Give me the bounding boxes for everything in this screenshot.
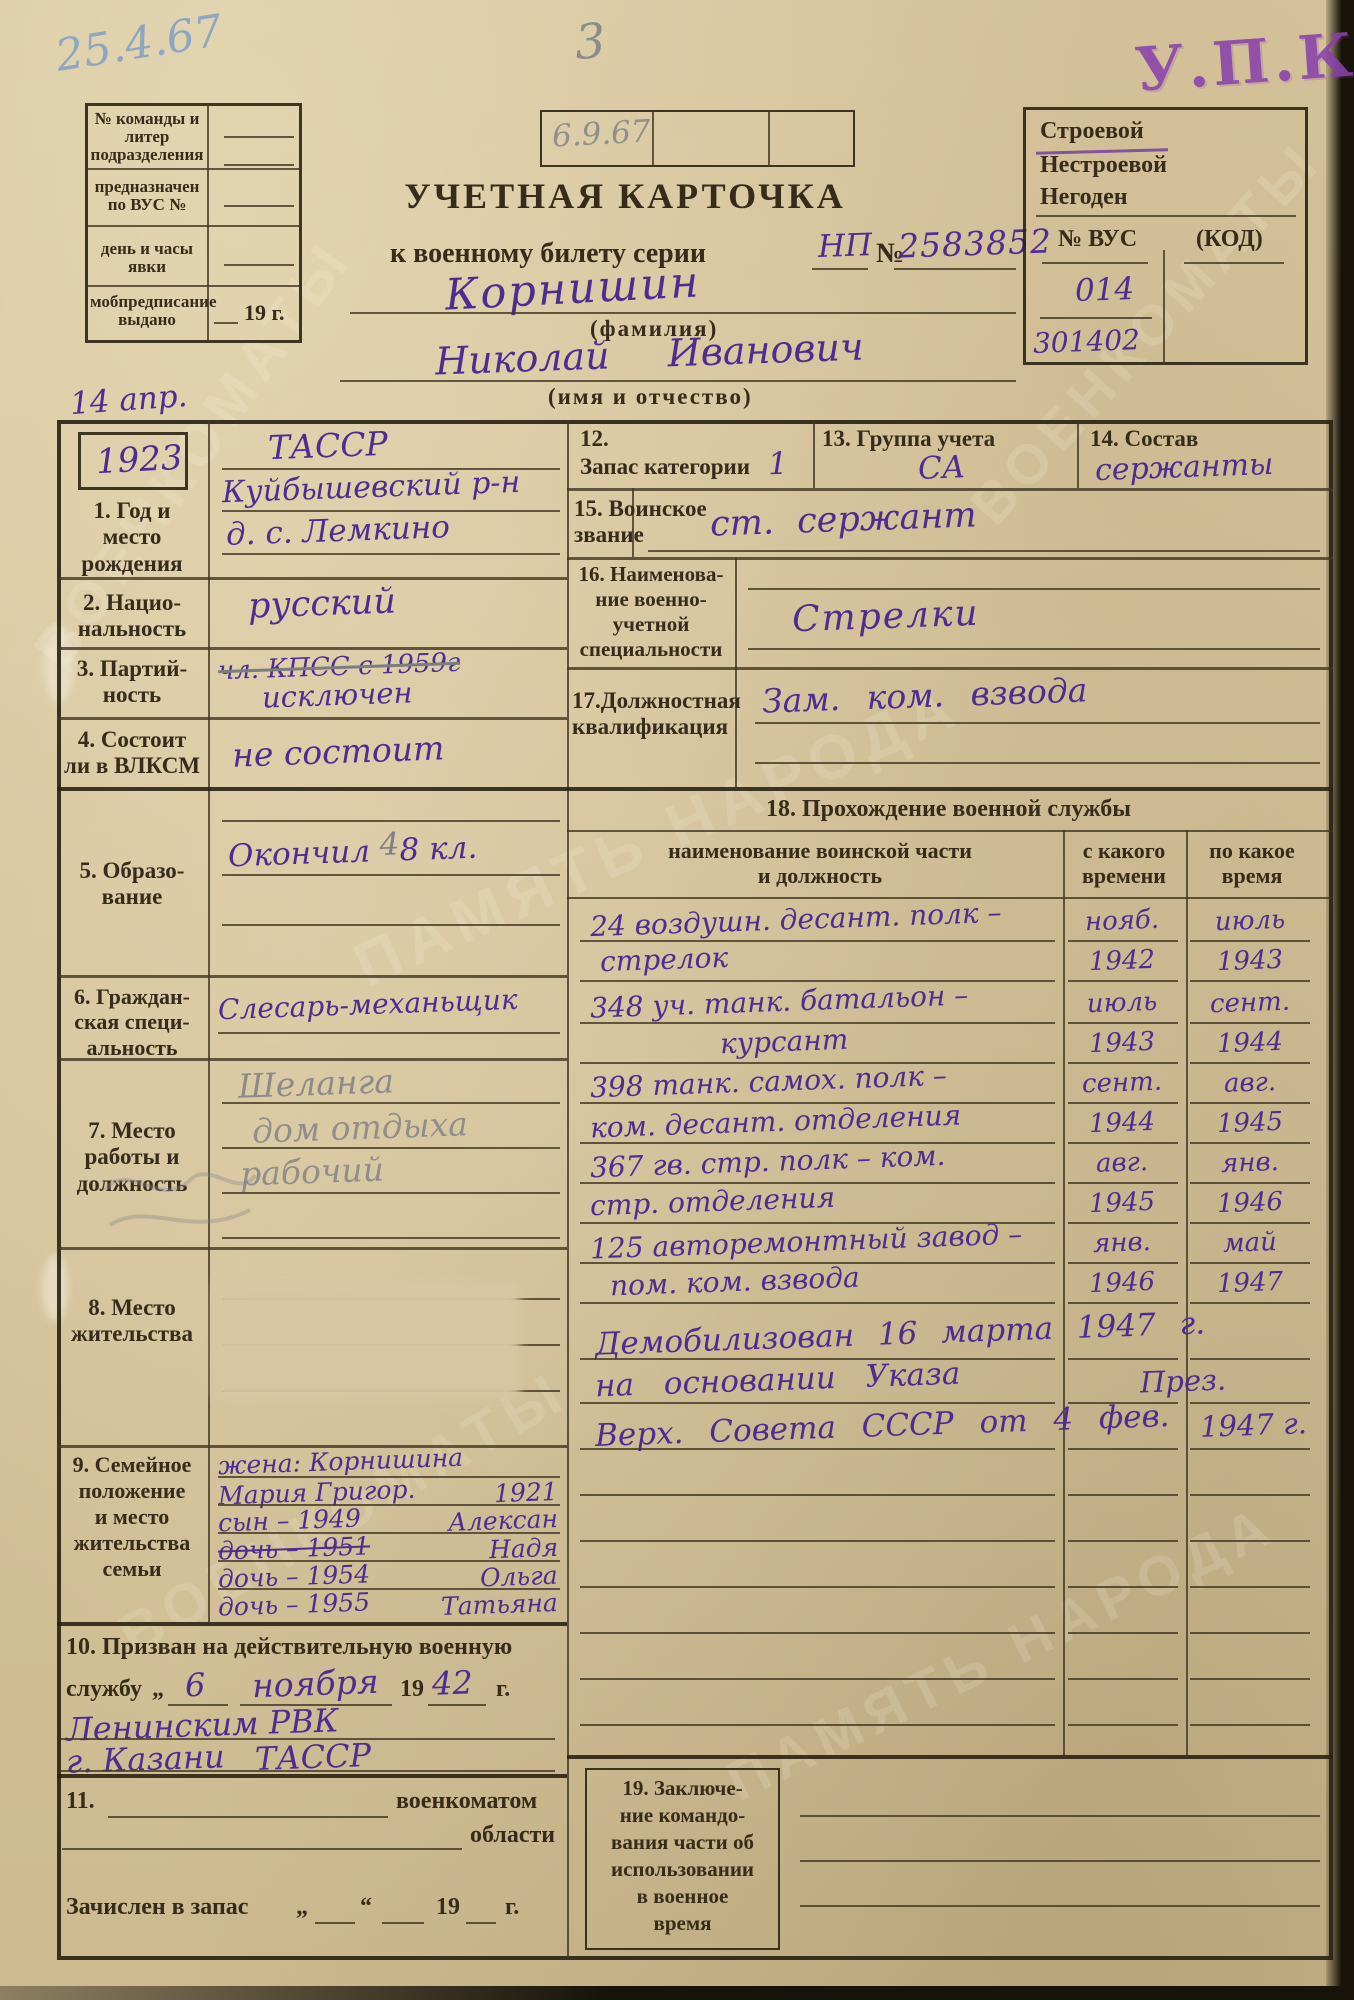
line <box>1068 1358 1178 1360</box>
col-divider <box>1077 420 1079 488</box>
service-to-month: янв. <box>1190 1146 1311 1180</box>
label-line: учетной <box>570 612 732 637</box>
label-line: и место <box>58 1504 206 1530</box>
specialty-value: Стрелки <box>791 593 980 641</box>
field2-label: 2. Нацио- нальность <box>62 590 202 643</box>
checkin-pencil-note: 6.9.67 <box>551 113 651 154</box>
service-from-year: 1946 <box>1066 1266 1179 1300</box>
line <box>1190 980 1310 982</box>
family-name: Татьяна <box>441 1588 559 1621</box>
field12-label2: Запас категории <box>580 454 750 480</box>
service-from-month: нояб. <box>1066 904 1179 938</box>
card-title: УЧЕТНАЯ КАРТОЧКА <box>370 176 880 217</box>
line <box>1190 1262 1310 1264</box>
vus-code-value: 301402 <box>1032 323 1140 360</box>
service-to-month: авг. <box>1190 1066 1311 1100</box>
label-line: ность <box>62 682 202 708</box>
blank-line <box>224 164 294 166</box>
field12-value: 1 <box>767 446 788 483</box>
label-line: альность <box>58 1035 206 1060</box>
row-divider <box>57 577 567 580</box>
blank-line <box>224 136 294 138</box>
field12-label1: 12. <box>580 426 609 452</box>
line <box>428 1704 486 1706</box>
demob-note-line2b: През. <box>1139 1363 1226 1400</box>
row-divider <box>567 557 1333 560</box>
row-divider <box>57 647 567 650</box>
line <box>1190 1022 1310 1024</box>
family-row: сын – 1949 Алексан <box>218 1506 558 1535</box>
field13-value: СА <box>917 449 965 487</box>
label-line: место <box>62 524 202 550</box>
label-line: жительства <box>62 1321 202 1347</box>
line <box>1190 1182 1310 1184</box>
field1-label: 1. Год и место рождения <box>62 498 202 577</box>
section-divider-bold <box>57 787 1333 791</box>
vus-code-label: (КОД) <box>1196 226 1263 254</box>
field16-label: 16. Наименова- ние военно- учетной специ… <box>570 562 732 662</box>
service-to-year: 1943 <box>1190 944 1311 978</box>
name-caption: (имя и отчество) <box>548 384 753 410</box>
service-col3-header: по какое время <box>1188 838 1316 889</box>
line <box>748 648 1320 650</box>
ruled-lines <box>1068 1450 1178 1746</box>
blank-line <box>382 1922 424 1924</box>
demob-note-line3b: 1947 г. <box>1199 1406 1307 1444</box>
section18-title: 18. Прохождение военной службы <box>567 796 1330 824</box>
label-line: жительства <box>58 1530 206 1556</box>
education-ink2: 8 кл. <box>399 830 478 869</box>
blank-line <box>800 1860 1320 1862</box>
party-value: исключен <box>261 675 413 714</box>
label-line: 15. Воинское <box>574 496 707 522</box>
field11-year: 19 <box>436 1894 460 1922</box>
scan-edge-bottom <box>0 1986 1354 2000</box>
checkin-box-divider <box>768 110 770 167</box>
service-from-year: 1942 <box>1066 944 1179 978</box>
service-to-year: 1945 <box>1190 1106 1311 1140</box>
call-day: 6 <box>184 1666 206 1705</box>
label-line: ская специ- <box>58 1009 206 1034</box>
vus-divider <box>1163 250 1165 365</box>
quote-mark: „ <box>152 1676 164 1704</box>
line <box>1068 1222 1178 1224</box>
service-col1-header: наименование воинской части и должность <box>585 838 1055 889</box>
service-to-month: июль <box>1190 904 1311 938</box>
label-line: семьи <box>58 1556 206 1582</box>
label-line: 17.Должностная <box>572 688 741 714</box>
birth-place-line1: ТАССР <box>267 424 388 467</box>
service-position: стрелок <box>599 941 728 978</box>
mob-row1-label: № команды и литер подразделения <box>90 110 204 164</box>
page-number-pencil: 3 <box>573 13 607 71</box>
line <box>755 762 1320 764</box>
line <box>1190 1142 1310 1144</box>
line <box>1068 940 1178 942</box>
line <box>648 550 1320 552</box>
field8-label: 8. Место жительства <box>62 1295 202 1348</box>
line <box>222 820 560 822</box>
service-from-month: янв. <box>1066 1226 1179 1260</box>
blank-line <box>466 1922 496 1924</box>
blank-line <box>108 1816 388 1818</box>
surname-line <box>350 312 1016 314</box>
line <box>1190 1302 1310 1304</box>
line <box>748 588 1320 590</box>
vus-value: 014 <box>1074 271 1134 309</box>
row-divider <box>57 1058 567 1061</box>
line <box>218 1032 560 1034</box>
label-line: нальность <box>62 616 202 642</box>
fitness-option-stroevoy: Строевой <box>1040 118 1144 146</box>
label-line: 5. Образо- <box>62 858 202 884</box>
line <box>1040 317 1152 319</box>
service-position: курсант <box>719 1023 848 1060</box>
service-to-month: май <box>1190 1226 1311 1260</box>
label-line: 8. Место <box>62 1295 202 1321</box>
blue-pencil-date: 25.4.67 <box>52 5 226 82</box>
label-line: в военное <box>588 1883 777 1910</box>
line <box>1068 1262 1178 1264</box>
family-row: жена: Корнишина <box>218 1447 558 1476</box>
line <box>1184 262 1284 264</box>
label-line: ние военно- <box>570 587 732 612</box>
family-row: дочь – 1955 Татьяна <box>218 1590 558 1619</box>
line <box>85 285 302 287</box>
field11-number: 11. <box>66 1788 95 1816</box>
family-row: Мария Григор. 1921 <box>218 1478 558 1507</box>
service-col2-header: с какого времени <box>1065 838 1183 889</box>
blank-line <box>315 1922 355 1924</box>
line <box>1190 1062 1310 1064</box>
row-divider <box>57 717 567 720</box>
redaction-blur <box>214 1282 520 1400</box>
line <box>85 225 302 227</box>
family-row: дочь – 1954 Ольга <box>218 1562 558 1591</box>
work-line2: дом отдыха <box>251 1104 468 1151</box>
line <box>1190 1402 1310 1404</box>
field11-word3: Зачислен в запас <box>66 1894 248 1922</box>
label-line: вание <box>62 884 202 910</box>
quote-mark: „ <box>296 1894 308 1922</box>
education-ink: Окончил <box>227 833 370 874</box>
main-divider <box>567 420 569 1960</box>
line <box>1068 1022 1178 1024</box>
label-line: 19. Заключе- <box>588 1775 777 1802</box>
label-line: 16. Наименова- <box>570 562 732 587</box>
service-from-year: 1944 <box>1066 1106 1179 1140</box>
row-divider <box>567 488 1333 491</box>
call-year-hw: 42 <box>431 1663 473 1702</box>
field6-label: 6. Граждан- ская специ- альность <box>58 984 206 1060</box>
section-divider-bold <box>57 1622 567 1626</box>
family-text: жена: Корнишина <box>218 1443 464 1481</box>
line <box>1042 262 1148 264</box>
label-line: 9. Семейное <box>58 1452 206 1478</box>
label-line: 2. Нацио- <box>62 590 202 616</box>
line <box>60 1770 555 1772</box>
field13-label: 13. Группа учета <box>822 426 995 452</box>
service-to-month: сент. <box>1190 986 1311 1020</box>
label-line: рождения <box>62 551 202 577</box>
line <box>1068 980 1178 982</box>
service-from-month: сент. <box>1066 1066 1179 1100</box>
row-divider <box>567 667 1333 670</box>
field5-label: 5. Образо- вание <box>62 858 202 911</box>
label-line: использовании <box>588 1856 777 1883</box>
number-line <box>894 268 1016 270</box>
header-line: и должность <box>585 863 1055 888</box>
field9-label: 9. Семейное положение и место жительства… <box>58 1452 206 1582</box>
upk-stamp: У.П.К <box>1133 20 1354 105</box>
service-to-year: 1944 <box>1190 1026 1311 1060</box>
line <box>1190 1222 1310 1224</box>
margin-note: 14 апр. <box>69 378 189 422</box>
line <box>1068 1142 1178 1144</box>
service-from-year: 1945 <box>1066 1186 1179 1220</box>
line <box>1190 1358 1310 1360</box>
label-line: ли в ВЛКСМ <box>58 753 206 779</box>
blank-line <box>224 264 294 266</box>
quote-mark: “ <box>360 1894 372 1922</box>
label-line: время <box>588 1910 777 1937</box>
checkin-box-divider <box>652 110 654 167</box>
label-line: 3. Партий- <box>62 656 202 682</box>
mob-row2-label: предназначен по ВУС № <box>90 178 204 214</box>
name-handwritten: Николай Иванович <box>434 325 864 384</box>
field17-label: 17.Должностная квалификация <box>572 688 741 741</box>
series-value: НП <box>817 227 872 265</box>
header-line: время <box>1188 863 1316 888</box>
blank-line <box>800 1815 1320 1817</box>
field15-label: 15. Воинское звание <box>574 496 707 549</box>
field11-year-suffix: г. <box>505 1894 519 1922</box>
line <box>580 940 1055 942</box>
line <box>222 553 560 555</box>
registration-card-sheet: ВОЕНКОМАТЫ ВОЕНКОМАТЫ ПАМЯТЬ НАРОДА ВОЕН… <box>0 0 1354 2000</box>
col-divider <box>813 420 815 488</box>
service-col-divider <box>1063 830 1065 1755</box>
label-line: звание <box>574 522 707 548</box>
line <box>567 830 1333 832</box>
field19-label: 19. Заключе- ние командо- вания части об… <box>588 1775 777 1937</box>
service-to-year: 1946 <box>1190 1186 1311 1220</box>
line <box>1068 1062 1178 1064</box>
header-line: наименование воинской части <box>585 838 1055 863</box>
section-divider-bold <box>567 1755 1333 1759</box>
call-year-print: 19 <box>400 1676 424 1704</box>
label-line: 1. Год и <box>62 498 202 524</box>
line <box>222 1237 560 1239</box>
label-line: ние командо- <box>588 1802 777 1829</box>
ruled-lines <box>1190 1450 1310 1746</box>
line <box>1068 1102 1178 1104</box>
mob-row3-label: день и часы явки <box>90 240 204 276</box>
service-from-month: июль <box>1066 986 1179 1020</box>
line <box>1190 1102 1310 1104</box>
ruled-lines <box>580 1450 1055 1746</box>
label-line: специальности <box>570 637 732 662</box>
blank-line <box>62 1848 462 1850</box>
series-line <box>812 268 868 270</box>
service-col-divider <box>1186 830 1188 1755</box>
row-divider <box>57 1247 567 1250</box>
name-line <box>340 380 1016 382</box>
education-pencil-digit: 4 <box>379 826 400 863</box>
field11-word2: области <box>470 1822 555 1850</box>
service-from-year: 1943 <box>1066 1026 1179 1060</box>
blank-line <box>214 322 238 324</box>
field14-label: 14. Состав <box>1090 426 1198 452</box>
line <box>222 924 560 926</box>
line <box>222 1192 560 1194</box>
section-divider-bold <box>57 1774 567 1778</box>
service-to-year: 1947 <box>1190 1266 1311 1300</box>
blank-line <box>224 205 294 207</box>
header-line: с какого <box>1065 838 1183 863</box>
call-month: ноября <box>251 1662 379 1705</box>
label-line: положение <box>58 1478 206 1504</box>
line <box>1068 1182 1178 1184</box>
call-year-suffix: г. <box>496 1676 510 1704</box>
field11-word1: военкоматом <box>396 1788 537 1816</box>
vus-label: № ВУС <box>1058 226 1137 254</box>
label-line: квалификация <box>572 714 741 740</box>
nationality-value: русский <box>247 581 396 626</box>
header-line: времени <box>1065 863 1183 888</box>
vlksm-value: не состоит <box>231 728 445 774</box>
mob-row4-year: 19 г. <box>244 300 285 325</box>
row-divider <box>57 975 567 978</box>
label-line: вания части об <box>588 1829 777 1856</box>
field4-label: 4. Состоит ли в ВЛКСМ <box>58 727 206 780</box>
birth-year-value: 1923 <box>95 438 184 482</box>
blank-line <box>800 1905 1320 1907</box>
work-line3: рабочий <box>239 1150 384 1194</box>
service-from-month: авг. <box>1066 1146 1179 1180</box>
line <box>85 168 302 170</box>
left-label-divider <box>208 420 210 1622</box>
field14-value: сержанты <box>1094 447 1274 488</box>
field10-title: 10. Призван на действительную военную <box>66 1634 512 1662</box>
line <box>1036 215 1296 217</box>
line <box>580 1302 1055 1304</box>
line <box>222 1102 560 1104</box>
mob-row4-label: мобпредписание выдано <box>90 293 204 329</box>
col-divider <box>735 557 737 787</box>
fitness-option-negoden: Негоден <box>1040 184 1128 212</box>
family-text: дочь – 1955 <box>218 1587 371 1621</box>
family-row: дочь – 1951 Надя <box>218 1534 558 1563</box>
header-line: по какое <box>1188 838 1316 863</box>
line <box>1068 1302 1178 1304</box>
fitness-option-nestroevoy: Нестроевой <box>1040 152 1167 180</box>
label-line: 6. Граждан- <box>58 984 206 1009</box>
line <box>222 1147 560 1149</box>
work-line1: Шеланга <box>237 1061 394 1105</box>
line <box>755 722 1320 724</box>
field10-service-word: службу <box>66 1676 142 1704</box>
line <box>580 980 1055 982</box>
label-line: 4. Состоит <box>58 727 206 753</box>
field3-label: 3. Партий- ность <box>62 656 202 709</box>
line <box>1190 940 1310 942</box>
line <box>222 874 560 876</box>
